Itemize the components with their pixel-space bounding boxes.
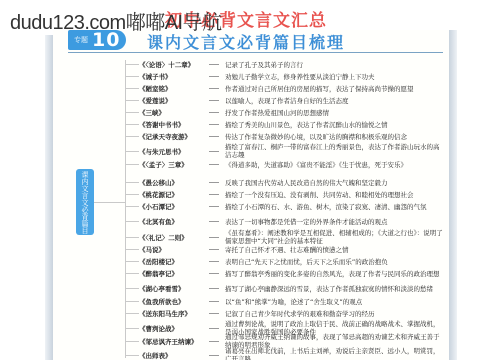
work-summary: 记叙了自己青少年时代求学的艰难和勤奋学习的经历	[225, 310, 445, 318]
work-title: 《爱莲说》	[139, 96, 209, 105]
list-item: 《与朱元思书》描绘了富春江、桐庐一带的富春江上的秀丽景色，表达了作者游山玩水的高…	[125, 143, 445, 159]
tree-connector	[125, 112, 139, 113]
tree-connector	[125, 88, 139, 89]
list-item: 《〈论语〉十二章》记录了孔子及其弟子的言行	[125, 60, 445, 69]
list-item: 《爱莲说》以莲喻人，表现了作者洁身自好的生活态度	[125, 96, 445, 105]
list-item: 《北冥有鱼》表达了一切事物都是凭借一定的外界条件才能活动的观点	[125, 217, 445, 226]
work-summary: 描绘了一个没有压迫、没有剥削、共同劳动、和睦相处的理想社会	[225, 191, 445, 199]
title-underline	[68, 52, 443, 53]
work-title: 《送东阳马生序》	[139, 309, 209, 318]
work-summary: 诸葛亮在出师北伐前，上书后主刘禅，劝说后主亲贤臣、远小人，明赏罚，广开言路	[225, 347, 445, 360]
connector-dash	[209, 249, 219, 250]
work-title: 《愚公移山》	[139, 178, 209, 187]
work-summary: 反映了我国古代劳动人民改造自然的伟大气魄和坚定毅力	[225, 179, 445, 187]
work-summary: 《得道多助，失道寡助》《富贵不能淫》《生于忧患，死于安乐》	[225, 161, 445, 169]
tree-connector	[125, 124, 139, 125]
list-item: 《〈礼记〉二则》《虽有嘉肴》：阐述教和学是互相促进、相辅相成的；《大道之行也》：…	[125, 229, 445, 245]
connector-dash	[209, 124, 219, 125]
work-summary: 记录了孔子及其弟子的言行	[225, 61, 445, 69]
work-summary: 描绘了小石潭的石、水、游鱼、树木，渲染了寂寞、凄清、幽怨的气氛	[225, 203, 445, 211]
work-title: 《小石潭记》	[139, 202, 209, 211]
work-title: 《醉翁亭记》	[139, 269, 209, 278]
connector-dash	[209, 164, 219, 165]
work-summary: 描绘了富春江、桐庐一带的富春江上的秀丽景色，表达了作者游山玩水的高洁志趣	[225, 143, 445, 159]
work-title: 《桃花源记》	[139, 190, 209, 199]
tree-connector	[125, 100, 139, 101]
connector-dash	[209, 237, 219, 238]
work-title: 《答谢中书书》	[139, 120, 209, 129]
connector-dash	[209, 301, 219, 302]
work-title: 《湖心亭看雪》	[139, 284, 209, 293]
connector-dash	[209, 136, 219, 137]
work-title: 《〈礼记〉二则》	[139, 233, 209, 242]
work-summary: 表达了一切事物都是凭借一定的外界条件才能活动的观点	[225, 218, 445, 226]
tree-connector	[125, 355, 139, 356]
tree-connector	[125, 64, 139, 65]
list-item: 《诫子书》劝勉儿子勤学立志，修身养性要从淡泊宁静上下功夫	[125, 72, 445, 81]
list-item: 《湖心亭看雪》描写了湖心亭幽静深远的雪景，表达了作者孤独寂寞的情怀和淡淡的愁绪	[125, 284, 445, 293]
list-item: 《陋室铭》作者通过对自己所居住的房屋的描写，表达了保持高尚节操的愿望	[125, 84, 445, 93]
tree-connector	[125, 249, 139, 250]
connector-dash	[209, 194, 219, 195]
tree-connector	[125, 261, 139, 262]
connector-dash	[209, 100, 219, 101]
work-summary: 《虽有嘉肴》：阐述教和学是互相促进、相辅相成的；《大道之行也》：说明了儒家思想中…	[225, 229, 445, 245]
connector-dash	[209, 273, 219, 274]
work-title: 《记承天寺夜游》	[139, 132, 209, 141]
list-item: 《愚公移山》反映了我国古代劳动人民改造自然的伟大气魄和坚定毅力	[125, 178, 445, 187]
work-title: 《陋室铭》	[139, 84, 209, 93]
list-item: 《送东阳马生序》记叙了自己青少年时代求学的艰难和勤奋学习的经历	[125, 309, 445, 318]
list-item: 《小石潭记》描绘了小石潭的石、水、游鱼、树木，渲染了寂寞、凄清、幽怨的气氛	[125, 202, 445, 211]
work-title: 《北冥有鱼》	[139, 217, 209, 226]
work-title: 《三峡》	[139, 108, 209, 117]
work-title: 《〈论语〉十二章》	[139, 60, 209, 69]
list-item: 《〈孟子〉三章》《得道多助，失道寡助》《富贵不能淫》《生于忧患，死于安乐》	[125, 160, 445, 169]
connector-dash	[209, 261, 219, 262]
work-summary: 表明自己“先天下之忧而忧，后天下之乐而乐”的政治抱负	[225, 258, 445, 266]
connector-dash	[209, 64, 219, 65]
connector-dash	[209, 182, 219, 183]
work-summary: 描绘了秀美的山川景色，表达了作者沉醉山水的愉悦之情	[225, 121, 445, 129]
list-item: 《出师表》诸葛亮在出师北伐前，上书后主刘禅，劝说后主亲贤臣、远小人，明赏罚，广开…	[125, 347, 445, 360]
tree-connector	[125, 237, 139, 238]
connector-dash	[209, 355, 219, 356]
list-item: 《桃花源记》描绘了一个没有压迫、没有剥削、共同劳动、和睦相处的理想社会	[125, 190, 445, 199]
connector-dash	[209, 88, 219, 89]
tree-connector	[125, 136, 139, 137]
work-summary: 描写了湖心亭幽静深远的雪景，表达了作者孤独寂寞的情怀和淡淡的愁绪	[225, 285, 445, 293]
list-item: 《醉翁亭记》描写了醉翁亭秀丽的变化多姿的自然风光，表现了作者与民同乐的政治理想	[125, 269, 445, 278]
work-title: 《曹刿论战》	[139, 324, 209, 333]
work-title: 《出师表》	[139, 351, 209, 360]
work-title: 《诫子书》	[139, 72, 209, 81]
connector-dash	[209, 206, 219, 207]
work-title: 《岳阳楼记》	[139, 257, 209, 266]
connector-dash	[209, 112, 219, 113]
page-shadow-right	[449, 30, 457, 360]
badge-number: 10	[92, 29, 120, 51]
connector-dash	[209, 151, 219, 152]
tree-connector	[125, 194, 139, 195]
work-summary: 描写了醉翁亭秀丽的变化多姿的自然风光，表现了作者与民同乐的政治理想	[225, 270, 445, 278]
work-summary: 寄托了自己怀才不遇、壮志难酬的愤懑之情	[225, 246, 445, 254]
work-title: 《邹忌讽齐王纳谏》	[139, 337, 209, 346]
connector-dash	[209, 288, 219, 289]
tree-connector	[125, 182, 139, 183]
work-summary: 抒发了作者热爱祖国山河的思想感情	[225, 109, 445, 117]
work-title: 《与朱元思书》	[139, 147, 209, 156]
connector-dash	[209, 313, 219, 314]
list-item: 《岳阳楼记》表明自己“先天下之忧而忧，后天下之乐而乐”的政治抱负	[125, 257, 445, 266]
tree-connector	[125, 328, 139, 329]
badge-label: 专题	[74, 35, 88, 45]
topic-badge: 专题 10	[68, 30, 126, 50]
work-summary: 劝勉儿子勤学立志，修身养性要从淡泊宁静上下功夫	[225, 73, 445, 81]
work-title: 《鱼我所欲也》	[139, 297, 209, 306]
tree-connector	[125, 206, 139, 207]
tree-connector	[125, 151, 139, 152]
work-summary: 作者通过对自己所居住的房屋的描写，表达了保持高尚节操的愿望	[225, 85, 445, 93]
list-item: 《三峡》抒发了作者热爱祖国山河的思想感情	[125, 108, 445, 117]
tree-connector	[125, 273, 139, 274]
connector-dash	[209, 221, 219, 222]
connector-dash	[209, 76, 219, 77]
connector-dash	[209, 341, 219, 342]
list-item: 《马说》寄托了自己怀才不遇、壮志难酬的愤懑之情	[125, 245, 445, 254]
connector-dash	[209, 328, 219, 329]
tree-connector	[125, 313, 139, 314]
work-summary: 以“鱼”和“熊掌”为喻，论述了“舍生取义”的观点	[225, 298, 445, 306]
section-title: 课内文言文必背篇目梳理	[147, 30, 345, 53]
list-item: 《记承天寺夜游》传达了作者复杂微妙的心境，以及旷达的胸襟和积极乐观的信念	[125, 132, 445, 141]
list-item: 《答谢中书书》描绘了秀美的山川景色，表达了作者沉醉山水的愉悦之情	[125, 120, 445, 129]
tree-connector	[125, 301, 139, 302]
tree-connector	[125, 221, 139, 222]
work-title: 《〈孟子〉三章》	[139, 160, 209, 169]
tree-connector	[125, 164, 139, 165]
work-summary: 传达了作者复杂微妙的心境，以及旷达的胸襟和积极乐观的信念	[225, 133, 445, 141]
page-shadow-left	[45, 35, 53, 360]
side-category-label: 课内文言文必背篇目梳理	[76, 169, 94, 235]
tree-connector	[125, 76, 139, 77]
tree-connector	[125, 288, 139, 289]
tree-connector	[125, 341, 139, 342]
tree-branch-line	[94, 202, 125, 203]
list-item: 《鱼我所欲也》以“鱼”和“熊掌”为喻，论述了“舍生取义”的观点	[125, 297, 445, 306]
work-summary: 以莲喻人，表现了作者洁身自好的生活态度	[225, 97, 445, 105]
work-title: 《马说》	[139, 245, 209, 254]
